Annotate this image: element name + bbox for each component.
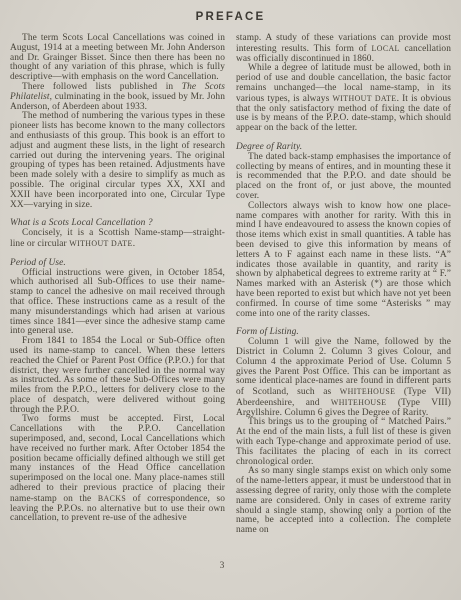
paragraph: While a degree of latitude must be allow… [236,64,451,134]
text-segment: . [133,239,135,249]
paragraph: Collectors always wish to know how one p… [236,202,451,320]
paragraph: stamp. A study of these variations can p… [236,34,451,64]
smallcaps-segment: WHITEHOUSE [331,398,387,407]
paragraph: This brings us to the grouping of “ Matc… [236,418,451,467]
smallcaps-segment: WHITEHOUSE [340,387,396,396]
text-segment: There followed lists published in [22,82,182,92]
paragraph: There followed lists published in The Sc… [10,83,225,112]
smallcaps-segment: WITHOUT DATE [69,239,132,248]
smallcaps-segment: BACKS [98,494,126,503]
smallcaps-segment: WITHOUT DATE [332,94,396,103]
paragraph: From 1841 to 1854 the Local or Sub-Offic… [10,337,225,415]
paragraph: Column 1 will give the Name, followed by… [236,338,451,418]
paragraph: As so many single stamps exist on which … [236,467,451,536]
paragraph: Two forms must be accepted. First, Local… [10,415,225,524]
smallcaps-segment: LOCAL [372,44,400,53]
text-columns: The term Scots Local Cancellations was c… [0,23,461,536]
right-column: stamp. A study of these variations can p… [236,34,451,536]
paragraph: Official instructions were given, in Oct… [10,269,225,338]
left-column: The term Scots Local Cancellations was c… [10,34,225,536]
page-title: PREFACE [0,0,461,23]
book-page: PREFACE The term Scots Local Cancellatio… [0,0,461,600]
text-segment: Two forms must be accepted. First, Local… [10,414,225,503]
paragraph: Concisely, it is a Scottish Name-stamp—s… [10,229,225,250]
paragraph: The method of numbering the various type… [10,112,225,210]
paragraph: The dated back-stamp emphasises the impo… [236,153,451,202]
paragraph: The term Scots Local Cancellations was c… [10,34,225,83]
page-number: 3 [0,561,444,571]
